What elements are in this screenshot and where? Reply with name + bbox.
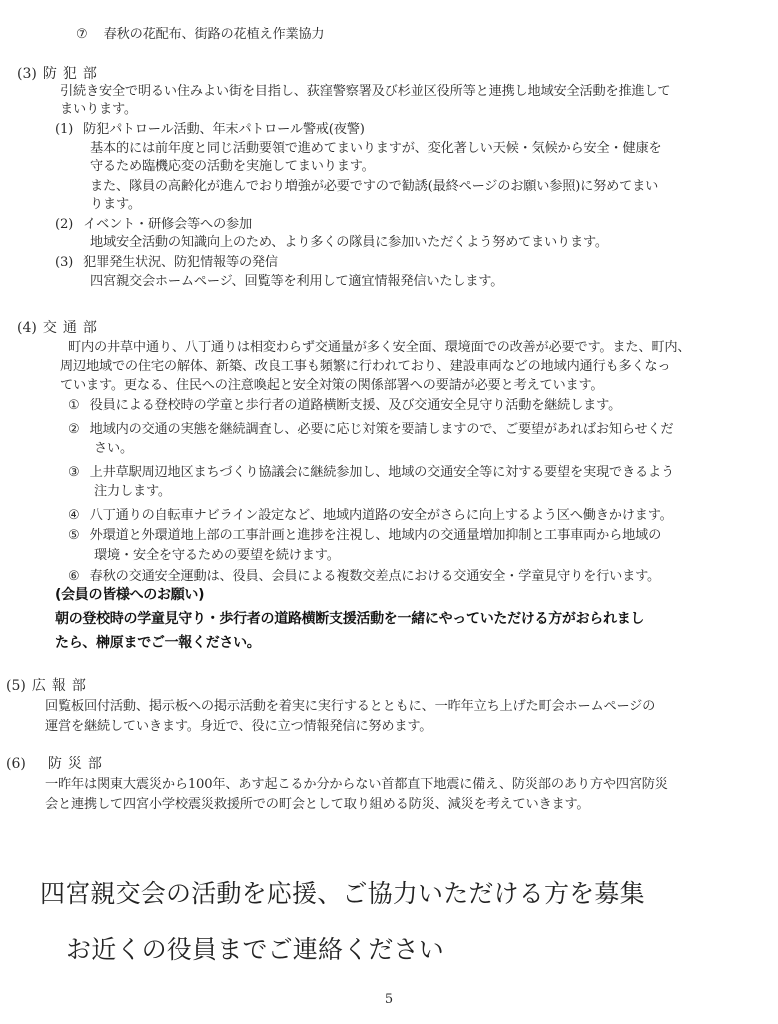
paragraph-line: 回覧板回付活動、掲示板への掲示活動を着実に実行するとともに、一昨年立ち上げた町会…: [45, 698, 655, 715]
request-heading: (会員の皆様へのお願い): [55, 587, 204, 604]
paragraph-line: ります。: [90, 196, 141, 213]
paragraph-line: 町内の井草中通り、八丁通りは相変わらず交通量が多く安全面、環境面での改善が必要で…: [68, 339, 690, 356]
subsection-heading: (1) 防犯パトロール活動、年末パトロール警戒(夜警): [55, 121, 365, 138]
item-text: 役員による登校時の学童と歩行者の道路横断支援、及び交通安全見守り活動を継続します…: [90, 398, 621, 413]
paragraph-line: 地域安全活動の知識向上のため、より多くの隊員に参加いただくよう努めてまいります。: [90, 234, 608, 251]
section-number: (5): [6, 677, 26, 695]
paragraph-line: まいります。: [60, 101, 137, 118]
recruitment-banner-line: お近くの役員までご連絡ください: [66, 934, 444, 966]
section-number: (3): [17, 65, 37, 83]
item-text: 春秋の花配布、街路の花植え作業協力: [104, 27, 325, 42]
subsection-heading: (3) 犯罪発生状況、防犯情報等の発信: [55, 254, 278, 271]
item-marker: ⑤: [68, 528, 80, 543]
list-item: ① 役員による登校時の学童と歩行者の道路横断支援、及び交通安全見守り活動を継続し…: [68, 397, 621, 414]
page-number: 5: [0, 992, 778, 1007]
list-item: ② 地域内の交通の実態を継続調査し、必要に応じ対策を要請しますので、ご要望があれ…: [68, 421, 673, 438]
paragraph-line: 周辺地域での住宅の解体、新築、改良工事も頻繁に行われており、建設車両などの地域内…: [60, 358, 670, 375]
item-marker: ⑦: [76, 27, 88, 42]
section-heading-crime-prevention: (3)防犯部: [17, 65, 103, 83]
item-marker: ①: [68, 398, 80, 413]
item-marker: ⑥: [68, 569, 80, 584]
item-marker: ②: [68, 422, 80, 437]
list-item: ③ 上井草駅周辺地区まちづくり協議会に継続参加し、地域の交通安全等に対する要望を…: [68, 464, 674, 481]
item-text: 上井草駅周辺地区まちづくり協議会に継続参加し、地域の交通安全等に対する要望を実現…: [90, 465, 674, 480]
item-text: 外環道と外環道地上部の工事計画と進捗を注視し、地域内の交通量増加抑制と工事車両か…: [90, 528, 661, 543]
section-heading-traffic: (4)交通部: [17, 319, 103, 337]
item-text-continued: 環境・安全を守るための要望を続けます。: [94, 547, 340, 564]
subsection-marker: (1): [55, 122, 73, 137]
request-line: たら、榊原までご一報ください。: [55, 635, 261, 652]
section-title: 広報部: [32, 678, 92, 694]
section-heading-disaster-prevention: (6)防災部: [6, 755, 108, 773]
item-text: 地域内の交通の実態を継続調査し、必要に応じ対策を要請しますので、ご要望があればお…: [90, 422, 674, 437]
subsection-title: 防犯パトロール活動、年末パトロール警戒(夜警): [83, 122, 365, 137]
list-item: ⑦ 春秋の花配布、街路の花植え作業協力: [76, 26, 324, 43]
paragraph-line: ています。更なる、住民への注意喚起と安全対策の関係部署への要請が必要と考えていま…: [60, 377, 603, 394]
list-item: ④ 八丁通りの自転車ナビライン設定など、地域内道路の安全がさらに向上するよう区へ…: [68, 507, 673, 524]
paragraph-line: 四宮親交会ホームページ、回覧等を利用して適宜情報発信いたします。: [90, 273, 503, 290]
subsection-marker: (2): [55, 217, 73, 232]
section-title: 交通部: [43, 320, 103, 336]
section-title: 防災部: [48, 756, 108, 772]
request-line: 朝の登校時の学童見守り・歩行者の道路横断支援活動を一緒にやっていただける方がおら…: [55, 611, 644, 628]
subsection-title: 犯罪発生状況、防犯情報等の発信: [83, 255, 278, 270]
section-heading-public-relations: (5)広報部: [6, 677, 92, 695]
paragraph-line: また、隊員の高齢化が進んでおり増強が必要ですので勧誘(最終ページのお願い参照)に…: [90, 178, 658, 195]
list-item: ⑥ 春秋の交通安全運動は、役員、会員による複数交差点における交通安全・学童見守り…: [68, 568, 660, 585]
paragraph-line: 運営を継続していきます。身近で、役に立つ情報発信に努めます。: [45, 718, 432, 735]
section-number: (4): [17, 319, 37, 337]
subsection-title: イベント・研修会等への参加: [83, 217, 252, 232]
paragraph-line: 会と連携して四宮小学校震災救援所での町会として取り組める防災、減災を考えていきま…: [45, 796, 589, 813]
subsection-marker: (3): [55, 255, 73, 270]
paragraph-line: 一昨年は関東大震災から100年、あす起こるか分からない首都直下地震に備え、防災部…: [45, 776, 668, 793]
section-title: 防犯部: [43, 66, 103, 82]
paragraph-line: 守るため臨機応変の活動を実施してまいります。: [90, 158, 375, 175]
section-number: (6): [6, 755, 26, 773]
item-marker: ④: [68, 508, 80, 523]
item-marker: ③: [68, 465, 80, 480]
recruitment-banner-line: 四宮親交会の活動を応援、ご協力いただける方を募集: [40, 878, 645, 910]
paragraph-line: 基本的には前年度と同じ活動要領で進めてまいりますが、変化著しい天候・気候から安全…: [90, 140, 661, 157]
item-text-continued: 注力します。: [94, 483, 171, 500]
item-text: 春秋の交通安全運動は、役員、会員による複数交差点における交通安全・学童見守りを行…: [90, 569, 660, 584]
subsection-heading: (2) イベント・研修会等への参加: [55, 216, 252, 233]
item-text-continued: さい。: [94, 440, 133, 457]
paragraph-line: 引続き安全で明るい住みよい街を目指し、荻窪警察署及び杉並区役所等と連携し地域安全…: [60, 83, 670, 100]
item-text: 八丁通りの自転車ナビライン設定など、地域内道路の安全がさらに向上するよう区へ働き…: [90, 508, 673, 523]
list-item: ⑤ 外環道と外環道地上部の工事計画と進捗を注視し、地域内の交通量増加抑制と工事車…: [68, 527, 661, 544]
